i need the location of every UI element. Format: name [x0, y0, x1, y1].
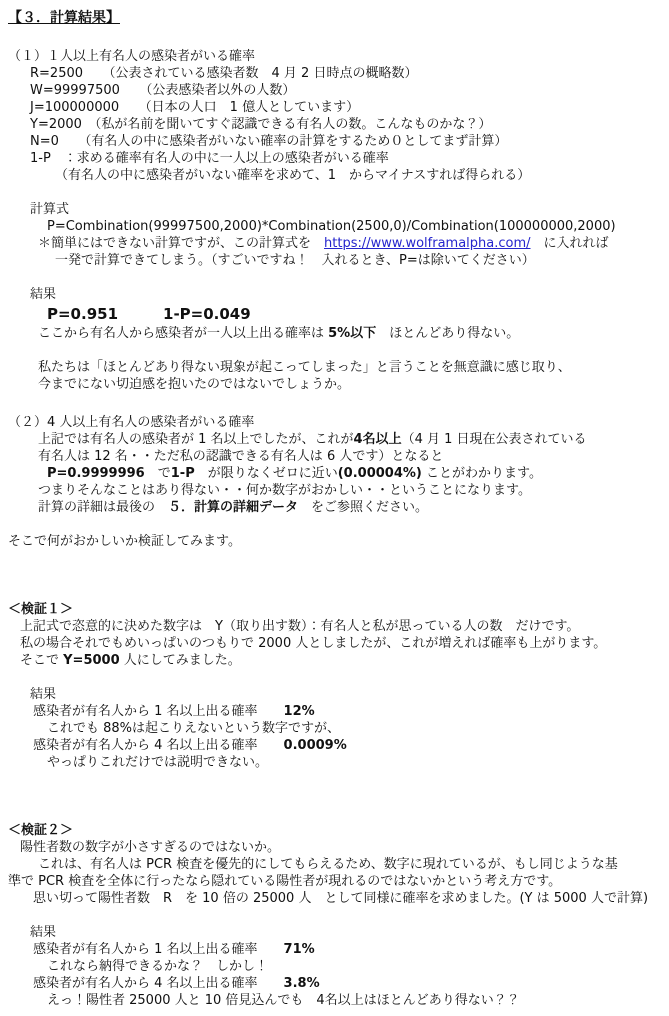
param-line-1p: 1-P ：求める確率有名人の中に一人以上の感染者がいる確率 [0, 150, 669, 167]
text-run: ほとんどあり得ない。 [376, 326, 519, 341]
bold-run: 4名以上 [354, 432, 402, 447]
result-note: ここから有名人から感染者が一人以上出る確率は 5%以下 ほとんどあり得ない。 [0, 325, 669, 342]
verify2-result1-note: これなら納得できるかな？ しかし！ [0, 958, 669, 975]
text-run: 感染者が有名人から 1 名以上出る確率 [33, 942, 284, 957]
text-run: が限りなくゼロに近い [195, 466, 338, 481]
formula-note-line2: 一発で計算できてしまう。（すごいですね！ 入れるとき、P=は除いてください） [0, 252, 669, 269]
formula-line: P=Combination(99997500,2000)*Combination… [0, 218, 669, 235]
section2-body5: 計算の詳細は最後の ５．計算の詳細データ をご参照ください。 [0, 499, 669, 516]
verify2-result2: 感染者が有名人から 4 名以上出る確率 3.8% [0, 975, 669, 992]
bold-run: ５．計算の詳細データ [168, 500, 298, 515]
bold-run: 1-P [171, 466, 195, 481]
text-run: ことがわかります。 [422, 466, 542, 481]
value-run: 71% [284, 942, 315, 957]
verify2-result1: 感染者が有名人から 1 名以上出る確率 71% [0, 941, 669, 958]
page-title: 【３．計算結果】 [0, 8, 669, 28]
verify2-body1: 陽性者数の数字が小さすぎるのではないか。 [0, 839, 669, 856]
text-run: で [145, 466, 171, 481]
section2-body2: 有名人は 12 名・・ただ私の認識できる有名人は 6 人です）となると [0, 448, 669, 465]
verify1-body2: 私の場合それでもめいっぱいのつもりで 2000 人としましたが、これが増えれば確… [0, 635, 669, 652]
verify1-result2: 感染者が有名人から 4 名以上出る確率 0.0009% [0, 737, 669, 754]
text-run: をご参照ください。 [298, 500, 428, 515]
result-values: P=0.951 1-P=0.049 [0, 303, 669, 325]
verify2-result2-note: えっ！陽性者 25000 人と 10 倍見込んでも 4名以上はほとんどあり得ない… [0, 992, 669, 1009]
param-line-n: N=0 （有名人の中に感染者がいない確率の計算をするため０としてまず計算） [0, 133, 669, 150]
result-label: 結果 [0, 286, 669, 303]
verify1-heading: ＜検証１＞ [0, 601, 669, 618]
verify2-result-label: 結果 [0, 924, 669, 941]
verify1-body3: そこで Y=5000 人にしてみました。 [0, 652, 669, 669]
section1-heading: （１）１人以上有名人の感染者がいる確率 [0, 48, 669, 65]
verify1-result-label: 結果 [0, 686, 669, 703]
text-run: 感染者が有名人から 1 名以上出る確率 [33, 704, 284, 719]
text-run: ここから有名人から感染者が一人以上出る確率は [38, 326, 328, 341]
param-line-y: Y=2000 （私が名前を聞いてすぐ認識できる有名人の数。こんなものかな？） [0, 116, 669, 133]
bold-run: 5%以下 [328, 326, 376, 341]
param-line-w: W=99997500 （公表感染者以外の人数） [0, 82, 669, 99]
bold-run: Y=5000 [63, 653, 120, 668]
formula-label: 計算式 [0, 201, 669, 218]
param-line-1p-cont: （有名人の中に感染者がいない確率を求めて、1 からマイナスすれば得られる） [0, 167, 669, 184]
text-run: 感染者が有名人から 4 名以上出る確率 [33, 976, 284, 991]
bold-run: (0.00004%) [338, 466, 422, 481]
verify2-body3: 準で PCR 検査を全体に行ったなら隠れている陽性者が現れるのではないかという考… [0, 873, 669, 890]
section2-body3: P=0.9999996 で1-P が限りなくゼロに近い(0.00004%) こと… [0, 465, 669, 482]
text-run: （4 月 1 日現在公表されている [402, 432, 587, 447]
document-page: 【３．計算結果】 （１）１人以上有名人の感染者がいる確率 R=2500 （公表さ… [0, 0, 669, 1016]
text-run: 人にしてみました。 [120, 653, 241, 668]
verify1-body1: 上記式で恣意的に決めた数字は Y（取り出す数）：有名人と私が思っている人の数 だ… [0, 618, 669, 635]
formula-note-line1: ＊簡単にはできない計算ですが、この計算式を https://www.wolfra… [0, 235, 669, 252]
param-line-r: R=2500 （公表されている感染者数 4 月 2 日時点の概略数） [0, 65, 669, 82]
text-run: ＊簡単にはできない計算ですが、この計算式を [38, 236, 324, 251]
remark-line2: 今までにない切迫感を抱いたのではないでしょうか。 [0, 376, 669, 393]
verify2-body4: 思い切って陽性者数 R を 10 倍の 25000 人 として同様に確率を求めま… [0, 890, 669, 907]
text-run: に入れれば [531, 236, 609, 251]
wolframalpha-link[interactable]: https://www.wolframalpha.com/ [324, 236, 531, 251]
section2-body1: 上記では有名人の感染者が 1 名以上でしたが、これが4名以上（4 月 1 日現在… [0, 431, 669, 448]
transition-line: そこで何がおかしいか検証してみます。 [0, 533, 669, 550]
text-run: そこで [20, 653, 63, 668]
param-line-j: J=100000000 （日本の人口 1 億人としています） [0, 99, 669, 116]
value-run: 0.0009% [284, 738, 347, 753]
value-run: 12% [284, 704, 315, 719]
text-run: 上記では有名人の感染者が 1 名以上でしたが、これが [38, 432, 354, 447]
verify1-result1: 感染者が有名人から 1 名以上出る確率 12% [0, 703, 669, 720]
verify1-result1-note: これでも 88%は起こりえないという数字ですが、 [0, 720, 669, 737]
value-run: 3.8% [284, 976, 320, 991]
section2-body4: つまりそんなことはあり得ない・・何か数字がおかしい・・ということになります。 [0, 482, 669, 499]
verify2-body2: これは、有名人は PCR 検査を優先的にしてもらえるため、数字に現れているが、も… [0, 856, 669, 873]
verify1-result2-note: やっぱりこれだけでは説明できない。 [0, 754, 669, 771]
verify2-heading: ＜検証２＞ [0, 822, 669, 839]
text-run: 計算の詳細は最後の [38, 500, 168, 515]
remark-line1: 私たちは「ほとんどあり得ない現象が起こってしまった」と言うことを無意識に感じ取り… [0, 359, 669, 376]
bold-run: P=0.9999996 [47, 466, 145, 481]
text-run: 感染者が有名人から 4 名以上出る確率 [33, 738, 284, 753]
section2-heading: （２）4 人以上有名人の感染者がいる確率 [0, 414, 669, 431]
